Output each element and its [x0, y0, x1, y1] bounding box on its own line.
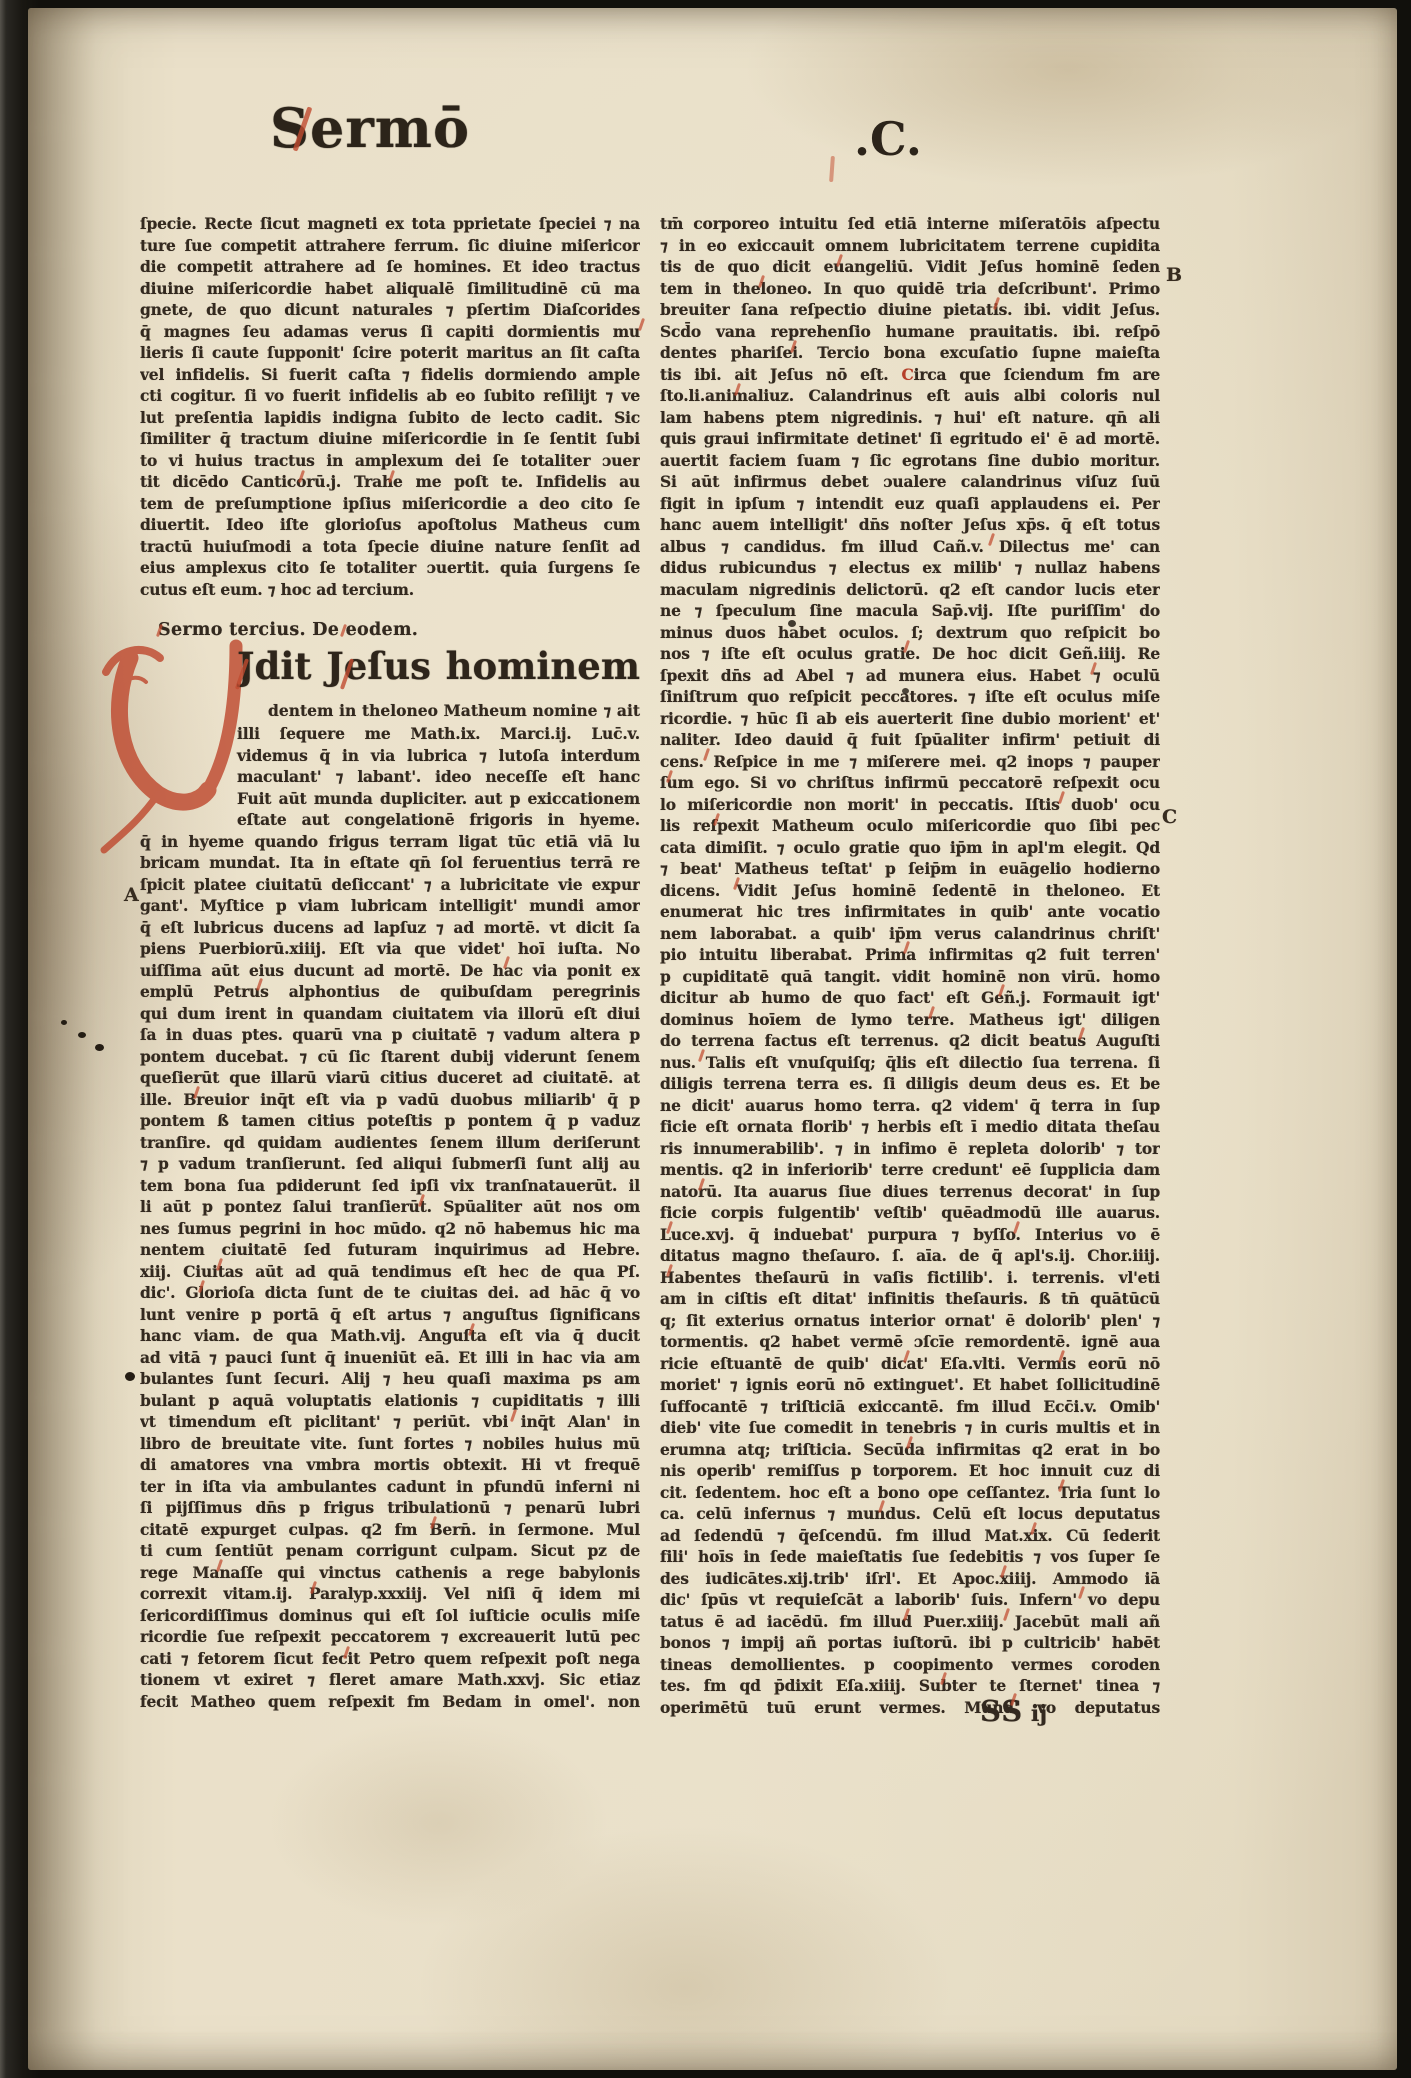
text-line: mentis. q2 in inferiorib' terre credunt'…	[660, 1159, 1160, 1181]
margin-letter-c: C	[1162, 806, 1177, 828]
text-line: moriet' ⁊ ignis eorū nō extinguet'. Et h…	[660, 1374, 1160, 1396]
text-line: ad vitā ⁊ pauci ſunt q̄ inueniūt eā. Et …	[140, 1347, 640, 1369]
text-line: ter in iſta via ambulantes cadunt in pfu…	[140, 1476, 640, 1498]
text-line: dic'. Glorioſa dicta ſunt de te ciuitas …	[140, 1282, 640, 1304]
text-line: nus. Talis eſt vnuſquiſq; q̄lis eſt dile…	[660, 1052, 1160, 1074]
ink-speck	[95, 1044, 104, 1051]
text-line: operimētū tuū erunt vermes. Mund' vo dep…	[660, 1697, 1160, 1719]
incipit-large-line: Jdit Jeſus hominem ſe	[237, 644, 640, 690]
text-line: bonos ⁊ impij añ portas iuſtorū. ibi p c…	[660, 1632, 1160, 1654]
text-line: die competit attrahere ad ſe homines. Et…	[140, 256, 640, 278]
text-line: tem bona ſua pdiderunt ſed ipſi vix tran…	[140, 1175, 640, 1197]
text-line: lo miſericordie non morit' in peccatis. …	[660, 794, 1160, 816]
text-line: quis graui infirmitate detinet' ſi egrit…	[660, 428, 1160, 450]
text-line: lieris ſi caute ſupponit' ſcire poterit …	[140, 342, 640, 364]
text-line: maculam nigredinis delictorū. q2 eſt can…	[660, 579, 1160, 601]
text-line: ſiniſtrum quo reſpicit peccatores. ⁊ iſt…	[660, 686, 1160, 708]
text-line: bulant p aquā voluptatis elationis ⁊ cup…	[140, 1390, 640, 1412]
margin-letter-a: A	[124, 884, 139, 906]
text-line: ſi pijſſimus dn̄s p frigus tribulationū …	[140, 1497, 640, 1519]
text-line: ſimiliter q̄ tractum diuine miſericordie…	[140, 428, 640, 450]
text-line: enumerat hic tres infirmitates in quib' …	[660, 901, 1160, 923]
text-line: tm̄ corporeo intuitu ſed etiā interne mi…	[660, 213, 1160, 235]
text-line: ille. Breuior inq̄t eſt via p vadū duobu…	[140, 1089, 640, 1111]
text-line: ⁊ p vadum tranſierunt. ſed aliqui ſubmer…	[140, 1153, 640, 1175]
ink-speck	[788, 620, 796, 627]
text-line: ſuffocantē ⁊ triſticiā exiccantē. fm ill…	[660, 1396, 1160, 1418]
text-line: tis de quo dicit euangeliū. Vidit Jeſus …	[660, 256, 1160, 278]
text-line: diligis terrena terra es. ſi diligis deu…	[660, 1073, 1160, 1095]
text-line: hanc auem intelligit' dn̄s noſter Jeſus …	[660, 514, 1160, 536]
text-line: Si aūt infirmus debet ɔualere calandrinu…	[660, 471, 1160, 493]
text-line: lis reſpexit Matheum oculo miſericordie …	[660, 815, 1160, 837]
text-line: tem in theloneo. In quo quidē tria deſcr…	[660, 278, 1160, 300]
text-line: gant'. Myſtice p viam lubricam intelligi…	[140, 895, 640, 917]
text-line: cit. ſedentem. hoc eſt a bono ope ceſſan…	[660, 1482, 1160, 1504]
incipit-wrap-line: dentem in theloneo Matheum nomine ⁊ ait	[268, 700, 640, 722]
text-line: uiſſima aūt eius ducunt ad mortē. De hac…	[140, 960, 640, 982]
text-line: ⁊ beat' Matheus teſtat' p ſeip̄m in euāg…	[660, 858, 1160, 880]
book-page: Sermō .C. ſpecie. Recte ſicut magneti ex…	[28, 8, 1397, 2070]
text-line: ſpexit dn̄s ad Abel ⁊ ad munera eius. Ha…	[660, 665, 1160, 687]
ink-speck	[61, 1020, 67, 1025]
text-line: fecit Matheo quem reſpexit fm Bedam in o…	[140, 1691, 640, 1713]
text-line: cata dimiſit. ⁊ oculo gratie quo ip̄m in…	[660, 837, 1160, 859]
ink-speck	[125, 1372, 135, 1381]
text-line: naliter. Ideo dauid q̄ fuit ſpūaliter in…	[660, 729, 1160, 751]
text-line: nis operib' remiſſus p torporem. Et hoc …	[660, 1460, 1160, 1482]
text-line: tis ibi. ait Jeſus nō eſt. Circa que ſci…	[660, 364, 1160, 386]
text-line: nentem ciuitatē ſed futuram inquirimus a…	[140, 1239, 640, 1261]
text-line: piens Puerbiorū.xiiij. Eſt via que videt…	[140, 938, 640, 960]
text-line: Fuit aūt munda dupliciter. aut p exiccat…	[140, 788, 640, 810]
text-line: dicitur ab humo de quo fact' eſt Geñ.j. …	[660, 987, 1160, 1009]
text-line: albus ⁊ candidus. fm illud Cañ.v. Dilect…	[660, 536, 1160, 558]
ink-speck	[78, 1032, 86, 1038]
text-line: ſericordiſſimus dominus qui eſt ſol iuſt…	[140, 1605, 640, 1627]
text-line: pontem ducebat. ⁊ cū ſic ſtarent dubij v…	[140, 1046, 640, 1068]
text-line: vel infidelis. Si fuerit caſta ⁊ fidelis…	[140, 364, 640, 386]
right-text-column: tm̄ corporeo intuitu ſed etiā interne mi…	[660, 213, 1160, 1718]
text-line: qui dum irent in quandam ciuitatem via i…	[140, 1003, 640, 1025]
quire-signature-number: ij	[1031, 1701, 1047, 1727]
text-line: tineas demollientes. p coopimento vermes…	[660, 1654, 1160, 1676]
text-line: p cupiditatē quā tangit. vidit hominē no…	[660, 966, 1160, 988]
text-line: vt timendum eſt piclitant' ⁊ periūt. vbi…	[140, 1411, 640, 1433]
text-line: libro de breuitate vite. ſunt fortes ⁊ n…	[140, 1433, 640, 1455]
text-line: tormentis. q2 habet vermē ɔſcīe remorden…	[660, 1331, 1160, 1353]
text-line: bricam mundat. Ita in eſtate qn̄ ſol fer…	[140, 852, 640, 874]
text-line: ne ⁊ ſpeculum ſine macula Sap̄.vij. Iſte…	[660, 600, 1160, 622]
text-line: dentes phariſei. Tercio bona excuſatio ſ…	[660, 342, 1160, 364]
text-line: to vi huius tractus in amplexum dei ſe t…	[140, 450, 640, 472]
text-line: gnete, de quo dicunt naturales ⁊ pſertim…	[140, 299, 640, 321]
text-line: ad ſedendū ⁊ q̄eſcendū. fm illud Mat.xix…	[660, 1525, 1160, 1547]
text-line: tes. fm qd p̄dixit Eſa.xiiij. Subter te …	[660, 1675, 1160, 1697]
text-line: Habentes theſaurū in vaſis fictilib'. i.…	[660, 1267, 1160, 1289]
rubrication-mark	[829, 156, 835, 182]
quire-signature-letters: SS	[980, 1694, 1023, 1728]
text-line: xiij. Ciuitas aūt ad quā tendimus eſt he…	[140, 1261, 640, 1283]
text-line: dic' ſpūs vt requieſcāt a laborib' ſuis.…	[660, 1589, 1160, 1611]
text-line: citatē expurget culpas. q2 fm Bern̄. in …	[140, 1519, 640, 1541]
text-line: cti cogitur. ſi vo fuerit infidelis ab e…	[140, 385, 640, 407]
text-line: ca. celū infernus ⁊ mundus. Celū eſt loc…	[660, 1503, 1160, 1525]
text-line: tractū huiuſmodi a tota ſpecie diuine na…	[140, 536, 640, 558]
text-line: lam habens ptem nigredinis. ⁊ hui' eſt n…	[660, 407, 1160, 429]
text-line: ris innumerabilib'. ⁊ in infimo ē replet…	[660, 1138, 1160, 1160]
text-line: queſierūt que illarū viarū citius ducere…	[140, 1067, 640, 1089]
text-line: cutus eſt eum. ⁊ hoc ad tercium.	[140, 579, 640, 601]
text-line: tionem vt exiret ⁊ fleret amare Math.xxv…	[140, 1669, 640, 1691]
text-line: am in ciſtis eſt ditat' infinitis theſau…	[660, 1288, 1160, 1310]
text-line: ficie corpis fulgentib' veſtib' quēadmod…	[660, 1202, 1160, 1224]
text-line: Scd̄o vana reprehenſio humane prauitatis…	[660, 321, 1160, 343]
text-line: ⁊ in eo exiccauit omnem lubricitatem ter…	[660, 235, 1160, 257]
text-line: lut preſentia lapidis indigna ſubito de …	[140, 407, 640, 429]
text-line: ricordie ſue reſpexit peccatorem ⁊ excre…	[140, 1626, 640, 1648]
text-line: lunt venire p portā q̄ eſt artus ⁊ anguſ…	[140, 1304, 640, 1326]
text-line: rege Manaſſe qui vinctus cathenis a rege…	[140, 1562, 640, 1584]
text-line: hanc viam. de qua Math.vij. Anguſta eſt …	[140, 1325, 640, 1347]
text-line: nes ſumus pegrini in hoc mūdo. q2 nō hab…	[140, 1218, 640, 1240]
text-line: cati ⁊ fetorem ſicut fecit Petro quem re…	[140, 1648, 640, 1670]
text-line: figit in ipſum ⁊ intendit euz quaſi appl…	[660, 493, 1160, 515]
text-line: minus duos habet oculos. ſ; dextrum quo …	[660, 622, 1160, 644]
text-line: Luce.xvj. q̄ induebat' purpura ⁊ byſſo. …	[660, 1224, 1160, 1246]
ink-speck	[902, 688, 909, 694]
text-line: natorū. Ita auarus ſiue diues terrenus d…	[660, 1181, 1160, 1203]
left-text-column-paragraph-2: illi ſequere me Math.ix. Marci.ij. Luc̄.…	[140, 723, 640, 1712]
text-line: cens. Reſpice in me ⁊ miſerere mei. q2 i…	[660, 751, 1160, 773]
text-line: fili' hoīs in ſede maieſtatis ſue ſedebi…	[660, 1546, 1160, 1568]
text-line: videmus q̄ in via lubrica ⁊ lutoſa inter…	[140, 745, 640, 767]
text-line: ſum ego. Si vo chriſtus infirmū peccator…	[660, 772, 1160, 794]
text-line: do terrena factus eſt terrenus. q2 dicit…	[660, 1030, 1160, 1052]
text-line: tem de preſumptione ipſius miſericordie …	[140, 493, 640, 515]
left-text-column-paragraph-1: ſpecie. Recte ſicut magneti ex tota ppri…	[140, 213, 640, 600]
text-line: tranſire. qd quidam audientes ſenem illu…	[140, 1132, 640, 1154]
text-line: nos ⁊ iſte eſt oculus gratie. De hoc dic…	[660, 643, 1160, 665]
text-line: eius amplexus cito ſe totaliter ɔuertit.…	[140, 557, 640, 579]
text-line: correxit vitam.ij. Paralyp.xxxiij. Vel n…	[140, 1583, 640, 1605]
text-line: eſtate aut congelationē frigoris in hyem…	[140, 809, 640, 831]
text-line: ricordie. ⁊ hūc ſi ab eis auerterit ſine…	[660, 708, 1160, 730]
text-line: di amatores vna vmbra mortis obtexit. Hi…	[140, 1454, 640, 1476]
text-line: emplū Petrus alphontius de quibuſdam per…	[140, 981, 640, 1003]
text-line: diuine miſericordie habet aliqualē ſimil…	[140, 278, 640, 300]
text-line: auertit faciem ſuam ⁊ ſic egrotans ſine …	[660, 450, 1160, 472]
scan-photo-background: Sermō .C. ſpecie. Recte ſicut magneti ex…	[0, 0, 1411, 2078]
text-line: illi ſequere me Math.ix. Marci.ij. Luc̄.…	[140, 723, 640, 745]
text-line: des iudicātes.xij.trib' iſrl'. Et Apoc.x…	[660, 1568, 1160, 1590]
text-line: q̄ magnes ſeu adamas verus ſi capiti dor…	[140, 321, 640, 343]
text-line: didus rubicundus ⁊ electus ex milib' ⁊ n…	[660, 557, 1160, 579]
text-line: ditatus magno theſauro. ſ. aīa. de q̄ ap…	[660, 1245, 1160, 1267]
text-line: diuertit. Ideo iſte glorioſus apoſtolus …	[140, 514, 640, 536]
text-line: li aūt p pontez ſalui tranſierūt. Spūali…	[140, 1196, 640, 1218]
text-line: ſpicit platee ciuitatū deſiccant' ⁊ a lu…	[140, 874, 640, 896]
text-line: ricie eſtuantē de quib' dicat' Eſa.vlti.…	[660, 1353, 1160, 1375]
text-line: ficie eſt ornata florib' ⁊ herbis eſt ī …	[660, 1116, 1160, 1138]
text-line: pio intuitu liberabat. Prima infirmitas …	[660, 944, 1160, 966]
text-line: tatus ē ad iacēdū. fm illud Puer.xiiij. …	[660, 1611, 1160, 1633]
text-line: dominus hoīem de lymo terre. Matheus igt…	[660, 1009, 1160, 1031]
text-line: ſpecie. Recte ſicut magneti ex tota ppri…	[140, 213, 640, 235]
margin-letter-b: B	[1166, 264, 1182, 286]
text-line: pontem ß tamen citius poteſtis p pontem …	[140, 1110, 640, 1132]
folio-number: .C.	[854, 112, 922, 166]
text-line: maculant' ⁊ labant'. ideo neceſſe eſt ha…	[140, 766, 640, 788]
text-line: bulantes ſunt ſecuri. Alij ⁊ heu quaſi m…	[140, 1368, 640, 1390]
text-line: ti cum ſentiūt penam corrigunt culpam. S…	[140, 1540, 640, 1562]
text-line: ture ſue competit attrahere ferrum. ſic …	[140, 235, 640, 257]
text-line: breuiter ſana reſpectio diuine pietatis.…	[660, 299, 1160, 321]
text-line: q̄ eſt lubricus ducens ad lapſuz ⁊ ad mo…	[140, 917, 640, 939]
text-line: nem laborabat. a quib' ip̄m verus caland…	[660, 923, 1160, 945]
text-line: q̄ in hyeme quando frigus terram ligat t…	[140, 831, 640, 853]
text-line: q; ſit exterius ornatus interior ornat' …	[660, 1310, 1160, 1332]
text-line: ſa in duas ptes. quarū vna p ciuitatē ⁊ …	[140, 1024, 640, 1046]
text-line: ne dicit' auarus homo terra. q2 videm' q…	[660, 1095, 1160, 1117]
